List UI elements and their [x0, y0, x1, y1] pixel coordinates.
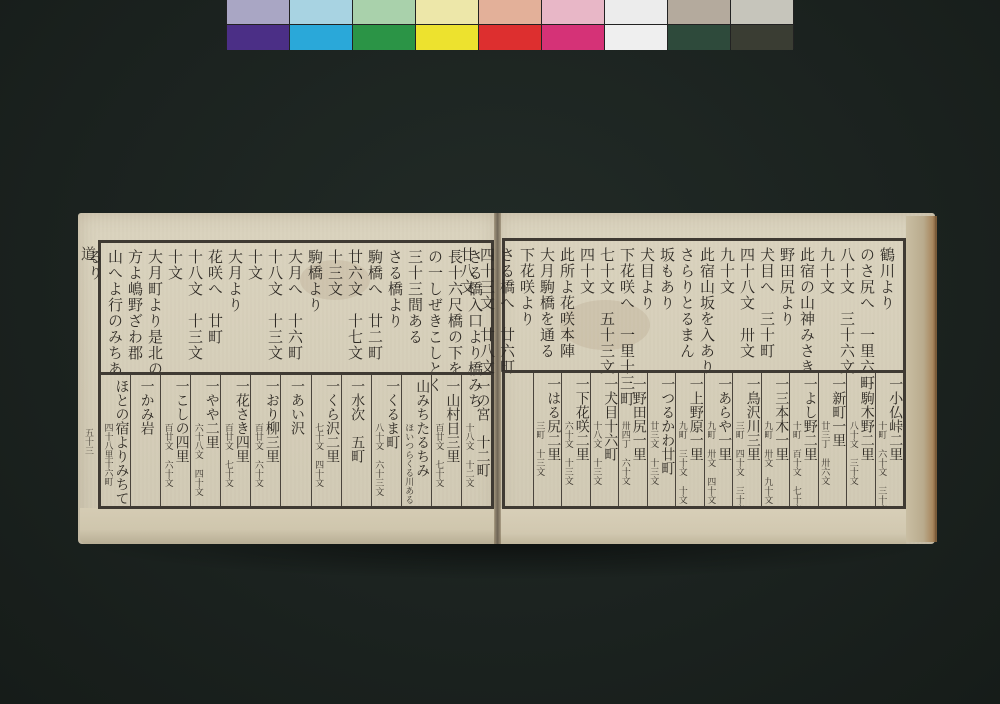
folio-number: 五十三: [82, 428, 95, 455]
color-patch: [353, 0, 415, 24]
station-entry: 一あい沢: [280, 375, 310, 506]
fare-note: ほいつらくる川ある: [403, 423, 413, 506]
station-entry: 一下花咲二里六十文 十三文: [561, 373, 590, 506]
station-name: 一つるかわ廿町: [659, 377, 674, 506]
station-entry: 一あらや一里九町 卅文 四十文: [704, 373, 733, 506]
color-patch: [668, 25, 730, 50]
fare-note: 七十文 四十文: [313, 423, 323, 506]
station-name: 一くるま町: [384, 379, 399, 506]
right-page-frame: 鶴川よりのさ尻へ 一里六町八十文 三十六文九十文此宿の山神みさき野田尻より犬目へ…: [502, 238, 906, 509]
fare-note: 百廿文 七十文: [223, 423, 233, 506]
station-entry: 一三本木一里九町 卅文 九十文: [761, 373, 790, 506]
station-entry: 一つるかわ廿町廿三文 十三文: [647, 373, 676, 506]
route-text-line: 十八文 十三文: [266, 249, 283, 372]
route-text-line: 此宿山坂を入あり: [698, 247, 715, 370]
fare-note: 八十文 六十三文: [373, 423, 383, 506]
fare-note: 三町 十三文: [534, 421, 544, 506]
route-text-line: 方よ嶋野ざわ郡: [126, 249, 143, 372]
color-patch: [542, 0, 604, 24]
station-name: 一あい沢: [289, 379, 304, 506]
right-station-table: 一小仏峠二里十町 六十文 三十文一駒木野二里八十文 三十文一新町一里廿三丁 卅六…: [505, 373, 903, 506]
route-text-line: 大月駒橋を通る: [538, 247, 555, 370]
route-text-line: るり: [86, 249, 103, 372]
route-text-line: 四十文: [578, 247, 595, 370]
color-calibration-chart: [226, 0, 794, 49]
color-patch: [668, 0, 730, 24]
station-entry: 一小仏峠二里十町 六十文 三十文: [875, 373, 904, 506]
fare-note: 百廿文 六十文: [163, 423, 173, 506]
fare-note: 卅四丁 六十文: [620, 421, 630, 506]
station-entry: 一水次 五町: [341, 375, 371, 506]
color-patch: [353, 25, 415, 50]
color-patch: [731, 0, 793, 24]
station-name: 一小仏峠二里: [887, 377, 902, 506]
station-name: 一水次 五町: [349, 379, 364, 506]
station-entry: 一くら沢二里七十文 四十文: [311, 375, 341, 506]
fare-note: 百廿文 六十文: [253, 423, 263, 506]
route-text-line: 廿八文: [458, 247, 475, 370]
station-name: ほとの宿よりみちて: [114, 379, 129, 506]
route-text-line: さらりとるまん: [678, 247, 695, 370]
fare-note: 九町 三十文 十文: [677, 421, 687, 506]
fare-note: 廿三文 十三文: [648, 421, 658, 506]
route-text-line: 駒橋へ 廿二町: [366, 249, 383, 372]
station-entry: 一野田尻一里卅四丁 六十文: [618, 373, 647, 506]
color-patch: [605, 0, 667, 24]
route-text-line: 大月より: [226, 249, 243, 372]
station-name: 一やや二里: [204, 379, 219, 506]
route-text-line: 下花咲へ 一里十三町: [618, 247, 635, 370]
route-text-line: 九十文: [718, 247, 735, 370]
route-text-line: 大月へ 十六町: [286, 249, 303, 372]
color-patch: [542, 25, 604, 50]
station-entry: 山みちたるちみほいつらくる川ある: [401, 375, 431, 506]
route-text-line: 鶴川より: [878, 247, 895, 370]
station-name: 一上野原一里: [688, 377, 703, 506]
station-entry: 一山村日三里百廿文 七十文: [431, 375, 461, 506]
left-station-table: 一の宮 十二町十八文 十二文一山村日三里百廿文 七十文山みちたるちみほいつらくる…: [101, 375, 491, 506]
station-entry: 一犬目十六町十八文 十三文: [590, 373, 619, 506]
station-name: 一犬目十六町: [602, 377, 617, 506]
book-shadow: [70, 540, 945, 580]
station-entry: ほとの宿よりみちて四十八里十六町: [101, 375, 130, 506]
route-text-line: 山へよ行のみちあ: [106, 249, 123, 372]
station-entry: 一こしの四里百廿文 六十文: [160, 375, 190, 506]
route-text-line: 廿六文 十七文: [346, 249, 363, 372]
fare-note: 百廿文 七十文: [433, 423, 443, 506]
station-name: 一くら沢二里: [324, 379, 339, 506]
station-entry: 一かみ岩: [130, 375, 160, 506]
route-text-line: 四十三文 廿八文: [478, 247, 495, 370]
fare-note: 六十文 十三文: [563, 421, 573, 506]
station-name: 一かみ岩: [139, 379, 154, 506]
right-upper-text: 鶴川よりのさ尻へ 一里六町八十文 三十六文九十文此宿の山神みさき野田尻より犬目へ…: [505, 241, 903, 370]
route-text-line: 大月町より是北の: [146, 249, 163, 372]
fare-note: 四十八里十六町: [103, 423, 113, 506]
route-text-line: 此宿の山神みさき: [798, 247, 815, 370]
route-text-line: のさ尻へ 一里六町: [858, 247, 875, 370]
color-patch: [605, 25, 667, 50]
route-text-line: 八十文 三十六文: [838, 247, 855, 370]
route-text-line: 三十三間ある: [406, 249, 423, 372]
station-name: 一新町一里: [830, 377, 845, 506]
station-entry: 一鳥沢川三里三町 四十文 三十文: [732, 373, 761, 506]
left-page-frame: さる橋入口より橋みち長十六尺橋の下をの一しぜきこしとく三十三間あるさる橋より駒橋…: [98, 240, 494, 509]
route-text-line: 此所よ花咲本陣: [558, 247, 575, 370]
color-patch: [227, 0, 289, 24]
station-entry: [505, 373, 533, 506]
fare-note: 三町 四十文 三十文: [734, 421, 744, 506]
fare-note: 八十文 三十文: [848, 421, 858, 506]
station-entry: 一新町一里廿三丁 卅六文: [818, 373, 847, 506]
route-text-line: 十文: [246, 249, 263, 372]
route-text-line: 駒橋より: [306, 249, 323, 372]
route-text-line: 十文: [166, 249, 183, 372]
station-name: 一の宮 十二町: [474, 379, 489, 506]
station-name: 一三本木一里: [773, 377, 788, 506]
station-entry: 一の宮 十二町十八文 十二文: [461, 375, 491, 506]
route-text-line: 坂もあり: [658, 247, 675, 370]
route-text-line: 十八文 十三文: [186, 249, 203, 372]
fare-note: 十町 百十文 七十文: [791, 421, 801, 506]
station-name: 山みちたるちみ: [414, 379, 429, 506]
right-page-bottom-margin: [500, 508, 906, 544]
station-entry: 一上野原一里九町 三十文 十文: [675, 373, 704, 506]
station-name: 一山村日三里: [444, 379, 459, 506]
station-entry: 一はる尻二里三町 十三文: [533, 373, 562, 506]
color-patch: [227, 25, 289, 50]
station-entry: 一くるま町八十文 六十三文: [371, 375, 401, 506]
color-patch: [479, 0, 541, 24]
station-entry: 一駒木野二里八十文 三十文: [846, 373, 875, 506]
station-entry: 一よし野二里十町 百十文 七十文: [789, 373, 818, 506]
route-text-line: の一しぜきこしとく: [426, 249, 443, 372]
station-name: 一駒木野二里: [859, 377, 874, 506]
fare-note: 九町 卅文 九十文: [762, 421, 772, 506]
route-text-line: 花咲へ 廿町: [206, 249, 223, 372]
station-name: 一下花咲二里: [574, 377, 589, 506]
fare-note: 十八文 十三文: [591, 421, 601, 506]
station-entry: 一おり柳三里百廿文 六十文: [250, 375, 280, 506]
color-patch: [290, 0, 352, 24]
route-text-line: 九十文: [818, 247, 835, 370]
station-name: 一はる尻二里: [545, 377, 560, 506]
station-name: 一こしの四里: [174, 379, 189, 506]
right-fore-edge: [906, 216, 937, 542]
station-name: 一鳥沢川三里: [745, 377, 760, 506]
fare-note: 十町 六十文 三十文: [876, 421, 886, 506]
color-patch: [731, 25, 793, 50]
fare-note: 六十八文 四十文: [193, 423, 203, 506]
route-text-line: 野田尻より: [778, 247, 795, 370]
fare-note: 十八文 十二文: [463, 423, 473, 506]
color-patch: [479, 25, 541, 50]
color-patch: [416, 0, 478, 24]
route-text-line: さる橋より: [386, 249, 403, 372]
route-text-line: 四十八文 卅文: [738, 247, 755, 370]
station-entry: 一花さき四里百廿文 七十文: [220, 375, 250, 506]
station-name: 一あらや一里: [716, 377, 731, 506]
fare-note: 九町 卅文 四十文: [705, 421, 715, 506]
station-name: 一おり柳三里: [264, 379, 279, 506]
station-name: 一よし野二里: [802, 377, 817, 506]
route-text-line: さる橋へ 廿六町: [498, 247, 515, 370]
station-entry: 一やや二里六十八文 四十文: [190, 375, 220, 506]
color-patch: [290, 25, 352, 50]
fare-note: 廿三丁 卅六文: [819, 421, 829, 506]
left-page-bottom-margin: [80, 508, 495, 544]
station-name: 一野田尻一里: [631, 377, 646, 506]
left-upper-text: さる橋入口より橋みち長十六尺橋の下をの一しぜきこしとく三十三間あるさる橋より駒橋…: [101, 243, 491, 372]
route-text-line: 犬目へ 三十町: [758, 247, 775, 370]
route-text-line: 下花咲より: [518, 247, 535, 370]
route-text-line: 七十文 五十三文: [598, 247, 615, 370]
route-text-line: 十三文: [326, 249, 343, 372]
route-text-line: 犬目より: [638, 247, 655, 370]
color-patch: [416, 25, 478, 50]
station-name: 一花さき四里: [234, 379, 249, 506]
